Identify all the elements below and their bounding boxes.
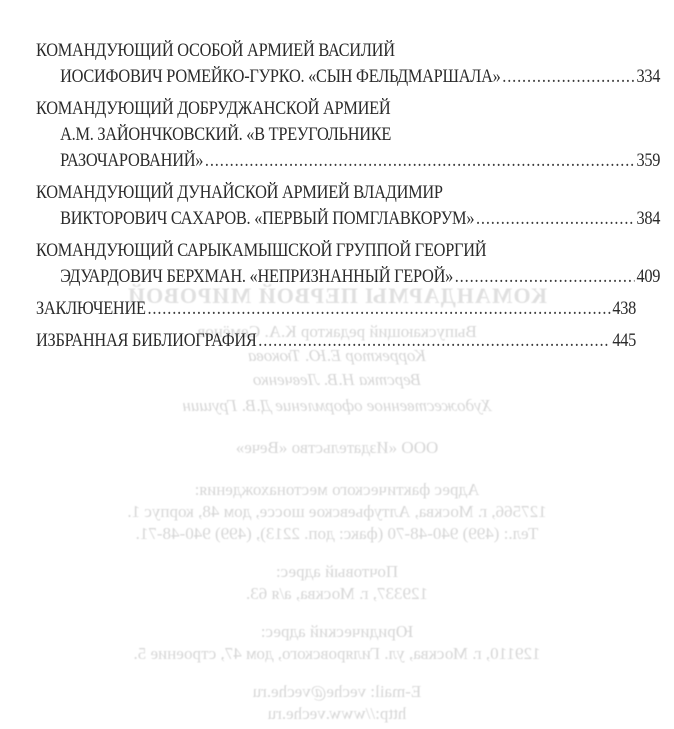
toc-entry-title: ИОСИФОВИЧ РОМЕЙКО-ГУРКО. «СЫН ФЕЛЬДМАРША… [60, 64, 500, 90]
toc-entry-title: ЗАКЛЮЧЕНИЕ [36, 296, 146, 322]
toc-line: ВИКТОРОВИЧ САХАРОВ. «ПЕРВЫЙ ПОМГЛАВКОРУМ… [36, 206, 660, 232]
dot-leader [147, 296, 610, 322]
toc-page-number: 438 [612, 296, 636, 322]
show-through-line: Художественное оформление Д.В. Грушин [0, 396, 674, 416]
dot-leader [476, 206, 635, 232]
toc-line: КОМАНДУЮЩИЙ САРЫКАМЫШСКОЙ ГРУППОЙ ГЕОРГИ… [36, 238, 636, 264]
toc-entry-title: ИЗБРАННАЯ БИБЛИОГРАФИЯ [36, 328, 257, 354]
show-through-line: 127566, г. Москва, Алтуфьевское шоссе, д… [0, 502, 674, 522]
dot-leader [502, 64, 634, 90]
toc-entry-title: РАЗОЧАРОВАНИЙ» [60, 148, 203, 174]
toc-line: КОМАНДУЮЩИЙ ДОБРУДЖАНСКОЙ АРМИЕЙ [36, 96, 636, 122]
dot-leader [205, 148, 635, 174]
toc-page-number: 334 [636, 64, 660, 90]
show-through-line: Адрес фактического местонахождения: [0, 480, 674, 500]
toc-page-number: 409 [636, 264, 660, 290]
toc-page-number: 384 [636, 206, 660, 232]
show-through-line: Почтовый адрес: [0, 562, 674, 582]
show-through-line: http://www.veche.ru [0, 704, 674, 724]
toc-line: ЭДУАРДОВИЧ БЕРХМАН. «НЕПРИЗНАННЫЙ ГЕРОЙ»… [36, 264, 660, 290]
toc-line: ИЗБРАННАЯ БИБЛИОГРАФИЯ 445 [36, 328, 636, 354]
show-through-line: Верстка Н.В. Левченко [0, 370, 674, 390]
show-through-line: ООО «Издательство «Вече» [0, 438, 674, 458]
show-through-line: Тел.: (499) 940-48-70 (факс: доп. 2213),… [0, 524, 674, 544]
toc-line: КОМАНДУЮЩИЙ ДУНАЙСКОЙ АРМИЕЙ ВЛАДИМИР [36, 180, 636, 206]
toc-page-number: 359 [636, 148, 660, 174]
table-of-contents: КОМАНДУЮЩИЙ ОСОБОЙ АРМИЕЙ ВАСИЛИЙ ИОСИФО… [36, 38, 636, 360]
toc-entry[interactable]: ИЗБРАННАЯ БИБЛИОГРАФИЯ 445 [36, 328, 636, 354]
show-through-line: Юридический адрес: [0, 622, 674, 642]
toc-line: ЗАКЛЮЧЕНИЕ 438 [36, 296, 636, 322]
dot-leader [258, 328, 610, 354]
toc-line: ИОСИФОВИЧ РОМЕЙКО-ГУРКО. «СЫН ФЕЛЬДМАРША… [36, 64, 660, 90]
toc-entry-title: ЭДУАРДОВИЧ БЕРХМАН. «НЕПРИЗНАННЫЙ ГЕРОЙ» [60, 264, 453, 290]
toc-page-number: 445 [612, 328, 636, 354]
toc-entry-title: КОМАНДУЮЩИЙ САРЫКАМЫШСКОЙ ГРУППОЙ ГЕОРГИ… [36, 238, 486, 264]
show-through-line: 129110, г. Москва, ул. Гиляровского, дом… [0, 644, 674, 664]
toc-line: РАЗОЧАРОВАНИЙ» 359 [36, 148, 660, 174]
toc-line: КОМАНДУЮЩИЙ ОСОБОЙ АРМИЕЙ ВАСИЛИЙ [36, 38, 636, 64]
toc-entry-title: КОМАНДУЮЩИЙ ДОБРУДЖАНСКОЙ АРМИЕЙ [36, 96, 390, 122]
toc-entry[interactable]: КОМАНДУЮЩИЙ ДУНАЙСКОЙ АРМИЕЙ ВЛАДИМИР ВИ… [36, 180, 636, 232]
show-through-line: E-mail: veche@veche.ru [0, 682, 674, 702]
toc-entry[interactable]: КОМАНДУЮЩИЙ САРЫКАМЫШСКОЙ ГРУППОЙ ГЕОРГИ… [36, 238, 636, 290]
dot-leader [455, 264, 635, 290]
toc-entry-title: ВИКТОРОВИЧ САХАРОВ. «ПЕРВЫЙ ПОМГЛАВКОРУМ… [60, 206, 474, 232]
toc-entry[interactable]: КОМАНДУЮЩИЙ ОСОБОЙ АРМИЕЙ ВАСИЛИЙ ИОСИФО… [36, 38, 636, 90]
show-through-line: 129337, г. Москва, а/я 63. [0, 584, 674, 604]
toc-entry[interactable]: КОМАНДУЮЩИЙ ДОБРУДЖАНСКОЙ АРМИЕЙ А.М. ЗА… [36, 96, 636, 174]
book-page: КОМАНДАРМЫ ПЕРВОЙ МИРОВОЙ Выпускающий ре… [0, 0, 674, 729]
toc-entry-title: КОМАНДУЮЩИЙ ДУНАЙСКОЙ АРМИЕЙ ВЛАДИМИР [36, 180, 443, 206]
toc-entry[interactable]: ЗАКЛЮЧЕНИЕ 438 [36, 296, 636, 322]
toc-entry-title: КОМАНДУЮЩИЙ ОСОБОЙ АРМИЕЙ ВАСИЛИЙ [36, 38, 395, 64]
toc-line: А.М. ЗАЙОНЧКОВСКИЙ. «В ТРЕУГОЛЬНИКЕ [36, 122, 660, 148]
toc-entry-title: А.М. ЗАЙОНЧКОВСКИЙ. «В ТРЕУГОЛЬНИКЕ [60, 122, 391, 148]
